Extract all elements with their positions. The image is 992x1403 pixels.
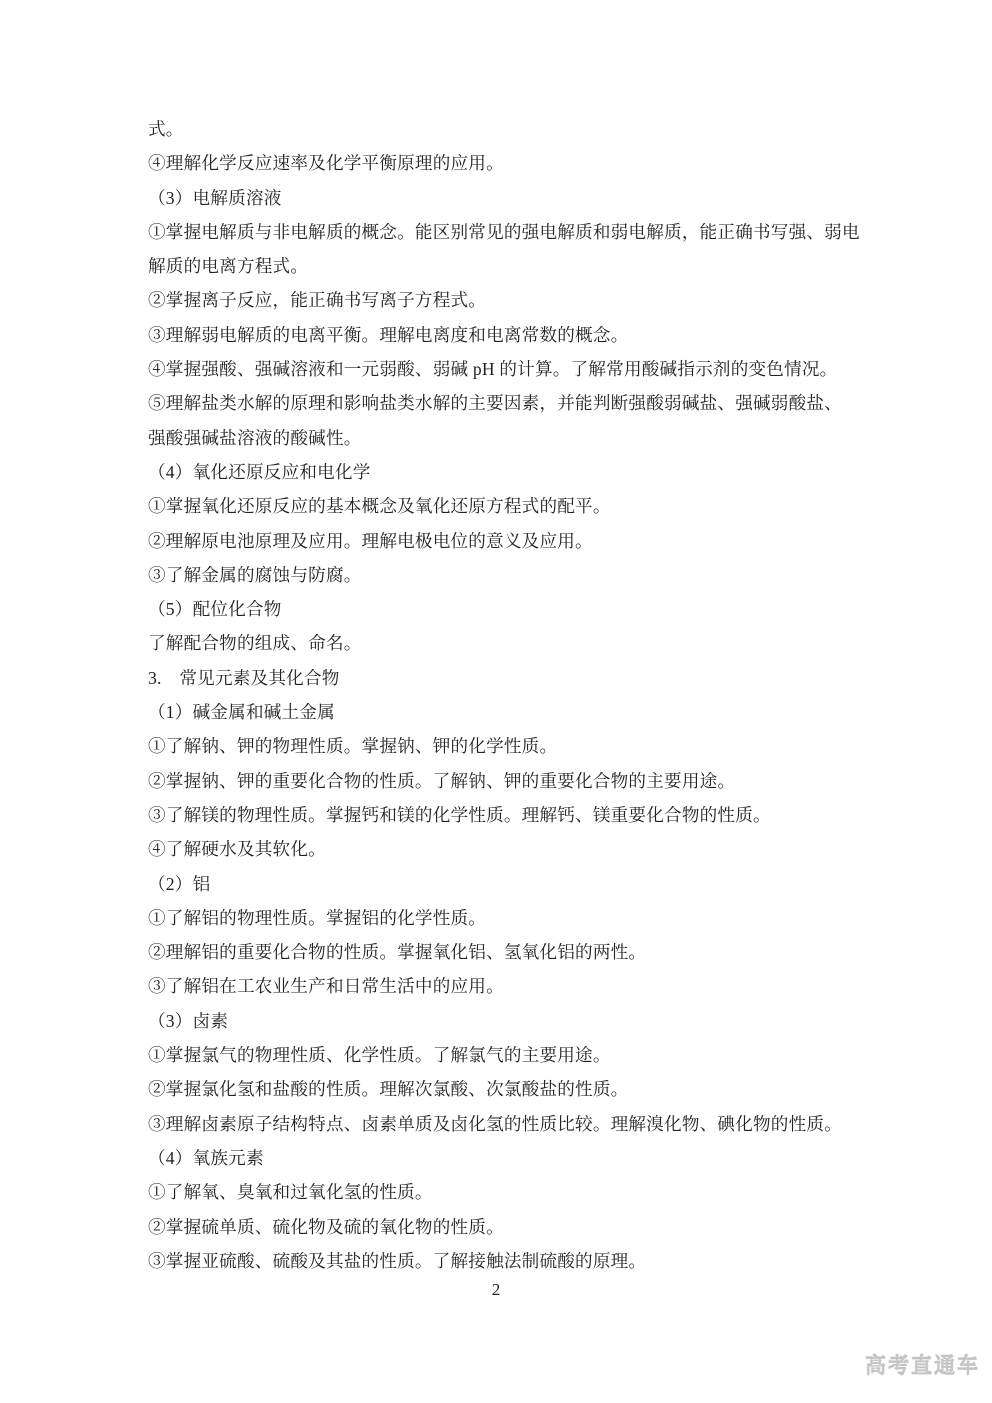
text-line: 式。	[148, 112, 864, 146]
text-lines: 式。④理解化学反应速率及化学平衡原理的应用。（3）电解质溶液①掌握电解质与非电解…	[148, 112, 864, 1278]
text-line: ⑤理解盐类水解的原理和影响盐类水解的主要因素，并能判断强酸弱碱盐、强碱弱酸盐、	[148, 386, 864, 420]
text-line: ①了解钠、钾的物理性质。掌握钠、钾的化学性质。	[148, 729, 864, 763]
text-line: ②掌握氯化氢和盐酸的性质。理解次氯酸、次氯酸盐的性质。	[148, 1072, 864, 1106]
text-line: （3）卤素	[148, 1004, 864, 1038]
text-line: ②掌握钠、钾的重要化合物的性质。了解钠、钾的重要化合物的主要用途。	[148, 764, 864, 798]
text-line: ③理解卤素原子结构特点、卤素单质及卤化氢的性质比较。理解溴化物、碘化物的性质。	[148, 1107, 864, 1141]
text-line: ③了解镁的物理性质。掌握钙和镁的化学性质。理解钙、镁重要化合物的性质。	[148, 798, 864, 832]
text-line: ④了解硬水及其软化。	[148, 832, 864, 866]
text-line: ①了解氧、臭氧和过氧化氢的性质。	[148, 1175, 864, 1209]
text-line: （3）电解质溶液	[148, 181, 864, 215]
text-line: （2）铝	[148, 867, 864, 901]
page-number: 2	[0, 1280, 992, 1300]
text-line: 解质的电离方程式。	[148, 249, 864, 283]
text-line: ③理解弱电解质的电离平衡。理解电离度和电离常数的概念。	[148, 318, 864, 352]
text-line: ③了解铝在工农业生产和日常生活中的应用。	[148, 969, 864, 1003]
document-page: 式。④理解化学反应速率及化学平衡原理的应用。（3）电解质溶液①掌握电解质与非电解…	[0, 0, 992, 1403]
text-line: （4）氧族元素	[148, 1141, 864, 1175]
text-line: ③了解金属的腐蚀与防腐。	[148, 558, 864, 592]
text-line: （5）配位化合物	[148, 592, 864, 626]
text-line: （1）碱金属和碱土金属	[148, 695, 864, 729]
text-line: ②理解铝的重要化合物的性质。掌握氧化铝、氢氧化铝的两性。	[148, 935, 864, 969]
text-line: 了解配合物的组成、命名。	[148, 626, 864, 660]
text-line: ①掌握氯气的物理性质、化学性质。了解氯气的主要用途。	[148, 1038, 864, 1072]
text-line: ④掌握强酸、强碱溶液和一元弱酸、弱碱 pH 的计算。了解常用酸碱指示剂的变色情况…	[148, 352, 864, 386]
text-line: ①掌握氧化还原反应的基本概念及氧化还原方程式的配平。	[148, 489, 864, 523]
text-line: ①了解铝的物理性质。掌握铝的化学性质。	[148, 901, 864, 935]
text-line: ②掌握硫单质、硫化物及硫的氧化物的性质。	[148, 1210, 864, 1244]
watermark: 高考直通车	[865, 1350, 980, 1380]
text-line: （4）氧化还原反应和电化学	[148, 455, 864, 489]
text-line: ②理解原电池原理及应用。理解电极电位的意义及应用。	[148, 524, 864, 558]
text-line: ③掌握亚硫酸、硫酸及其盐的性质。了解接触法制硫酸的原理。	[148, 1244, 864, 1278]
text-line: ④理解化学反应速率及化学平衡原理的应用。	[148, 146, 864, 180]
text-line: ①掌握电解质与非电解质的概念。能区别常见的强电解质和弱电解质，能正确书写强、弱电	[148, 215, 864, 249]
text-line: ②掌握离子反应，能正确书写离子方程式。	[148, 283, 864, 317]
text-line: 强酸强碱盐溶液的酸碱性。	[148, 421, 864, 455]
text-line: 3. 常见元素及其化合物	[148, 661, 864, 695]
